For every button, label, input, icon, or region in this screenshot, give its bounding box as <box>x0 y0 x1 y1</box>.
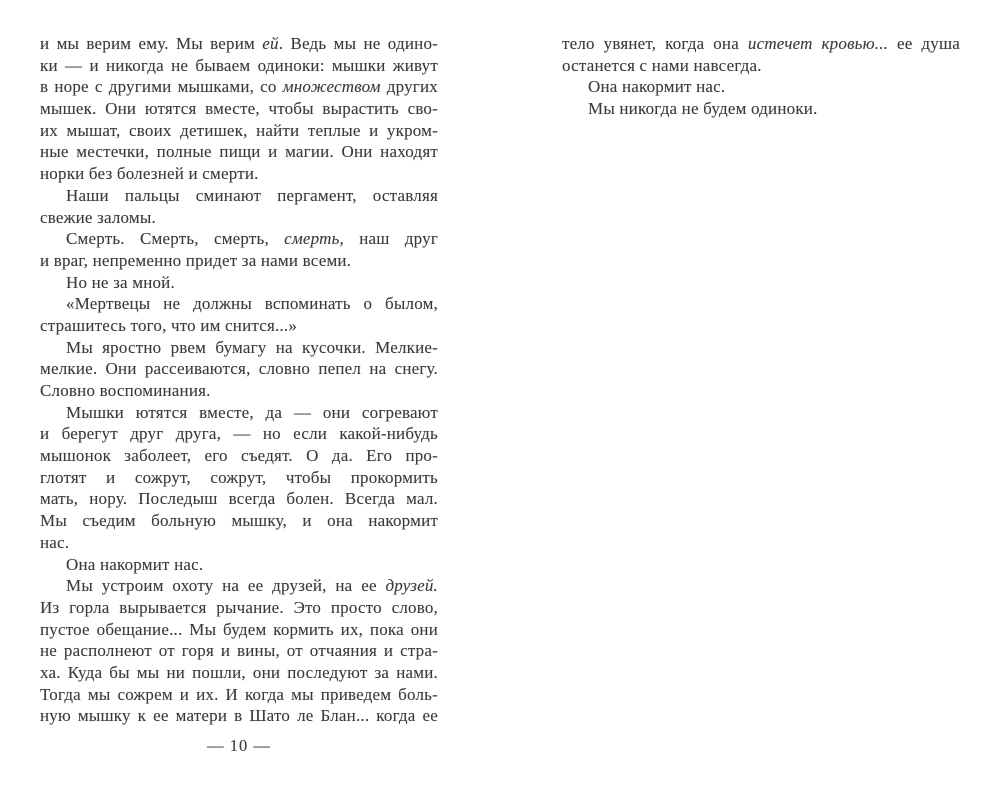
line-text: и берегут друг друга, — но если какой-ни… <box>40 424 438 443</box>
text-line: мышек. Они ютятся вместе, чтобы вырастит… <box>40 98 438 120</box>
text-line: Мы устроим охоту на ее друзей, на ее дру… <box>40 575 438 597</box>
line-text: тело увянет, когда она <box>562 34 748 53</box>
text-line: ха. Куда бы мы ни пошли, они последуют з… <box>40 662 438 684</box>
text-line: мышонок заболеет, его съедят. О да. Его … <box>40 445 438 467</box>
text-line: Она накормит нас. <box>562 76 960 98</box>
text-line: Мы яростно рвем бумагу на кусочки. Мелки… <box>40 337 438 359</box>
line-text: Мы никогда не будем одиноки. <box>588 99 818 118</box>
line-text: их мышат, своих детишек, найти теплые и … <box>40 121 438 140</box>
text-line: Из горла вырывается рычание. Это просто … <box>40 597 438 619</box>
line-text: наш друг <box>344 229 438 248</box>
line-text: ее душа <box>888 34 960 53</box>
line-text: ки — и никогда не бываем одиноки: мышки … <box>40 56 438 75</box>
line-text: Смерть. Смерть, смерть, <box>66 229 284 248</box>
line-text: мелкие. Они рассеиваются, словно пепел н… <box>40 359 438 378</box>
line-text: Мышки ютятся вместе, да — они согревают <box>66 403 438 422</box>
text-line: в норе с другими мышками, со множеством … <box>40 76 438 98</box>
line-text: ную мышку к ее матери в Шато ле Блан... … <box>40 706 438 725</box>
line-text: страшитесь того, что им снится...» <box>40 316 297 335</box>
text-line: и берегут друг друга, — но если какой-ни… <box>40 423 438 445</box>
line-text: Она накормит нас. <box>66 555 203 574</box>
right-page: тело увянет, когда она истечет кровью...… <box>562 33 960 120</box>
text-line: их мышат, своих детишек, найти теплые и … <box>40 120 438 142</box>
line-text: Она накормит нас. <box>588 77 725 96</box>
line-text: мышонок заболеет, его съедят. О да. Его … <box>40 446 438 465</box>
text-line: Наши пальцы сминают пергамент, оставляя <box>40 185 438 207</box>
line-text: Мы устроим охоту на ее друзей, на ее <box>66 576 385 595</box>
line-italic-text: друзей. <box>385 576 438 595</box>
text-line: Смерть. Смерть, смерть, смерть, наш друг <box>40 228 438 250</box>
text-line: и мы верим ему. Мы верим ей. Ведь мы не … <box>40 33 438 55</box>
line-text: Тогда мы сожрем и их. И когда мы приведе… <box>40 685 438 704</box>
text-line: мать, нору. Последыш всегда болен. Всегд… <box>40 488 438 510</box>
text-line: Тогда мы сожрем и их. И когда мы приведе… <box>40 684 438 706</box>
text-line: останется с нами навсегда. <box>562 55 960 77</box>
line-italic-text: истечет кровью... <box>748 34 888 53</box>
line-text: глотят и сожрут, сожрут, чтобы прокормит… <box>40 468 438 487</box>
text-line: пустое обещание... Мы будем кормить их, … <box>40 619 438 641</box>
line-text: норки без болезней и смерти. <box>40 164 259 183</box>
line-text: Наши пальцы сминают пергамент, оставляя <box>66 186 438 205</box>
line-text: ные местечки, полные пищи и магии. Они н… <box>40 142 438 161</box>
text-line: мелкие. Они рассеиваются, словно пепел н… <box>40 358 438 380</box>
line-text: Мы съедим больную мышку, и она накормит <box>40 511 438 530</box>
line-text: Мы яростно рвем бумагу на кусочки. Мелки… <box>66 338 438 357</box>
line-text: и враг, непременно придет за нами всеми. <box>40 251 351 270</box>
line-text: не располнеют от горя и вины, от отчаяни… <box>40 641 438 660</box>
text-line: нас. <box>40 532 438 554</box>
line-text: Словно воспоминания. <box>40 381 211 400</box>
line-text: других <box>381 77 438 96</box>
line-text: свежие заломы. <box>40 208 156 227</box>
page-number: — 10 — <box>40 736 438 756</box>
line-text: «Мертвецы не должны вспоминать о былом, <box>66 294 438 313</box>
text-line: не располнеют от горя и вины, от отчаяни… <box>40 640 438 662</box>
text-line: и враг, непременно придет за нами всеми. <box>40 250 438 272</box>
left-page: и мы верим ему. Мы верим ей. Ведь мы не … <box>40 33 438 727</box>
text-line: ную мышку к ее матери в Шато ле Блан... … <box>40 705 438 727</box>
line-text: ха. Куда бы мы ни пошли, они последуют з… <box>40 663 438 682</box>
text-line: Она накормит нас. <box>40 554 438 576</box>
line-text: Но не за мной. <box>66 273 175 292</box>
line-text: Из горла вырывается рычание. Это просто … <box>40 598 438 617</box>
line-text: останется с нами навсегда. <box>562 56 762 75</box>
line-text: мать, нору. Последыш всегда болен. Всегд… <box>40 489 438 508</box>
text-line: «Мертвецы не должны вспоминать о былом, <box>40 293 438 315</box>
text-line: Мышки ютятся вместе, да — они согревают <box>40 402 438 424</box>
text-line: свежие заломы. <box>40 207 438 229</box>
line-italic-text: смерть, <box>284 229 344 248</box>
text-line: Мы съедим больную мышку, и она накормит <box>40 510 438 532</box>
text-line: Но не за мной. <box>40 272 438 294</box>
line-text: нас. <box>40 533 69 552</box>
text-line: страшитесь того, что им снится...» <box>40 315 438 337</box>
text-line: Мы никогда не будем одиноки. <box>562 98 960 120</box>
text-line: ные местечки, полные пищи и магии. Они н… <box>40 141 438 163</box>
text-line: ки — и никогда не бываем одиноки: мышки … <box>40 55 438 77</box>
line-italic-text: ей <box>262 34 278 53</box>
line-text: в норе с другими мышками, со <box>40 77 283 96</box>
line-text: . Ведь мы не одино- <box>279 34 438 53</box>
line-text: мышек. Они ютятся вместе, чтобы вырастит… <box>40 99 438 118</box>
line-text: пустое обещание... Мы будем кормить их, … <box>40 620 438 639</box>
line-text: и мы верим ему. Мы верим <box>40 34 262 53</box>
line-italic-text: множеством <box>283 77 381 96</box>
text-line: норки без болезней и смерти. <box>40 163 438 185</box>
text-line: тело увянет, когда она истечет кровью...… <box>562 33 960 55</box>
text-line: глотят и сожрут, сожрут, чтобы прокормит… <box>40 467 438 489</box>
text-line: Словно воспоминания. <box>40 380 438 402</box>
